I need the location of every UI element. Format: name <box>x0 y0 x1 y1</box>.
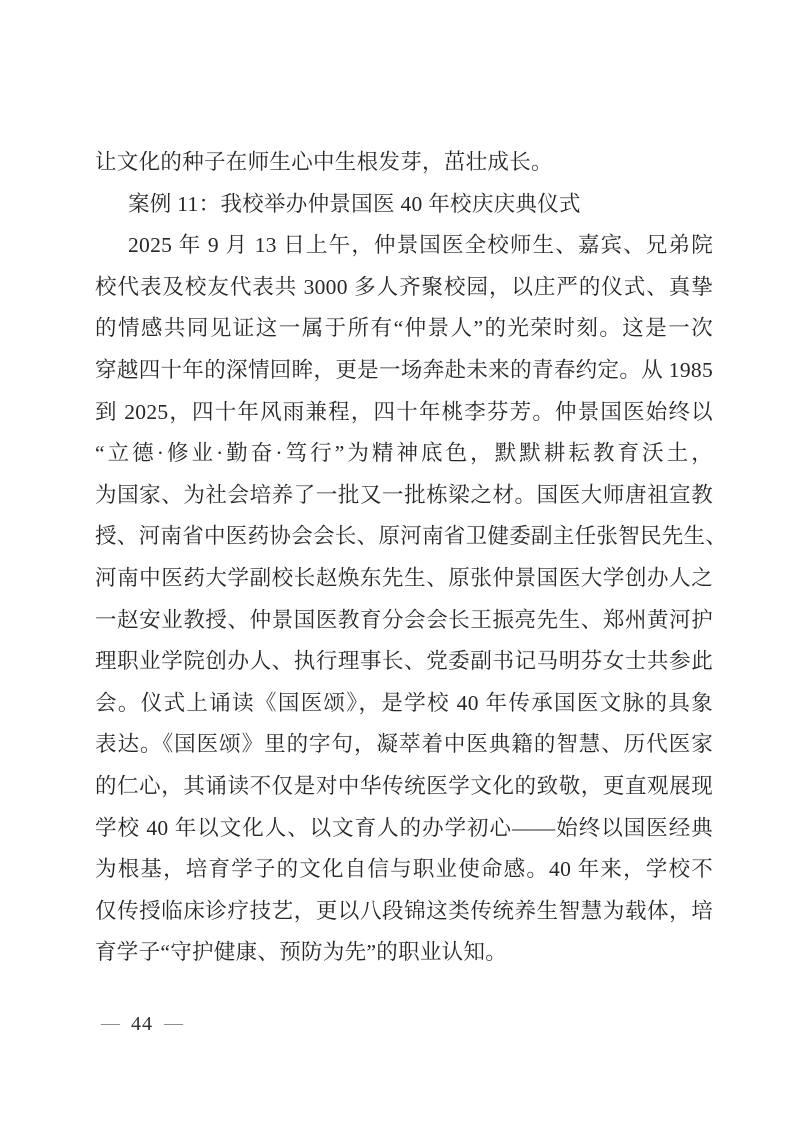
text-line: 授、河南省中医药协会会长、原河南省卫健委副主任张智民先生、 <box>95 516 713 558</box>
text-line: “立德·修业·勤奋·笃行”为精神底色，默默耕耘教育沃土， <box>95 433 713 475</box>
text-line: 2025 年 9 月 13 日上午，仲景国医全校师生、嘉宾、兄弟院 <box>95 225 713 267</box>
page-number: 44 <box>131 1013 153 1036</box>
footer-dash-right: — <box>164 1014 183 1033</box>
text-line: 会。仪式上诵读《国医颂》，是学校 40 年传承国医文脉的具象 <box>95 683 713 725</box>
text-line: 让文化的种子在师生心中生根发芽，茁壮成长。 <box>95 142 713 184</box>
text-line: 表达。《国医颂》里的字句，凝萃着中医典籍的智慧、历代医家 <box>95 724 713 766</box>
footer-dash-left: — <box>101 1014 120 1033</box>
text-line: 到 2025，四十年风雨兼程，四十年桃李芬芳。仲景国医始终以 <box>95 392 713 434</box>
text-line: 一赵安业教授、仲景国医教育分会会长王振亮先生、郑州黄河护 <box>95 600 713 642</box>
text-line: 学校 40 年以文化人、以文育人的办学初心——始终以国医经典 <box>95 808 713 850</box>
text-line: 仅传授临床诊疗技艺，更以八段锦这类传统养生智慧为载体，培 <box>95 891 713 933</box>
text-line: 校代表及校友代表共 3000 多人齐聚校园，以庄严的仪式、真挚 <box>95 267 713 309</box>
text-line: 为国家、为社会培养了一批又一批栋梁之材。国医大师唐祖宣教 <box>95 475 713 517</box>
page-footer: — 44 — <box>101 1013 183 1036</box>
text-line: 为根基，培育学子的文化自信与职业使命感。40 年来，学校不 <box>95 849 713 891</box>
text-line: 案例 11：我校举办仲景国医 40 年校庆庆典仪式 <box>95 184 713 226</box>
text-line: 穿越四十年的深情回眸，更是一场奔赴未来的青春约定。从 1985 <box>95 350 713 392</box>
text-line: 河南中医药大学副校长赵焕东先生、原张仲景国医大学创办人之 <box>95 558 713 600</box>
text-line: 理职业学院创办人、执行理事长、党委副书记马明芬女士共参此 <box>95 641 713 683</box>
text-line: 育学子“守护健康、预防为先”的职业认知。 <box>95 932 713 974</box>
document-body: 让文化的种子在师生心中生根发芽，茁壮成长。案例 11：我校举办仲景国医 40 年… <box>95 142 713 974</box>
text-line: 的情感共同见证这一属于所有“仲景人”的光荣时刻。这是一次 <box>95 308 713 350</box>
text-line: 的仁心，其诵读不仅是对中华传统医学文化的致敬，更直观展现 <box>95 766 713 808</box>
